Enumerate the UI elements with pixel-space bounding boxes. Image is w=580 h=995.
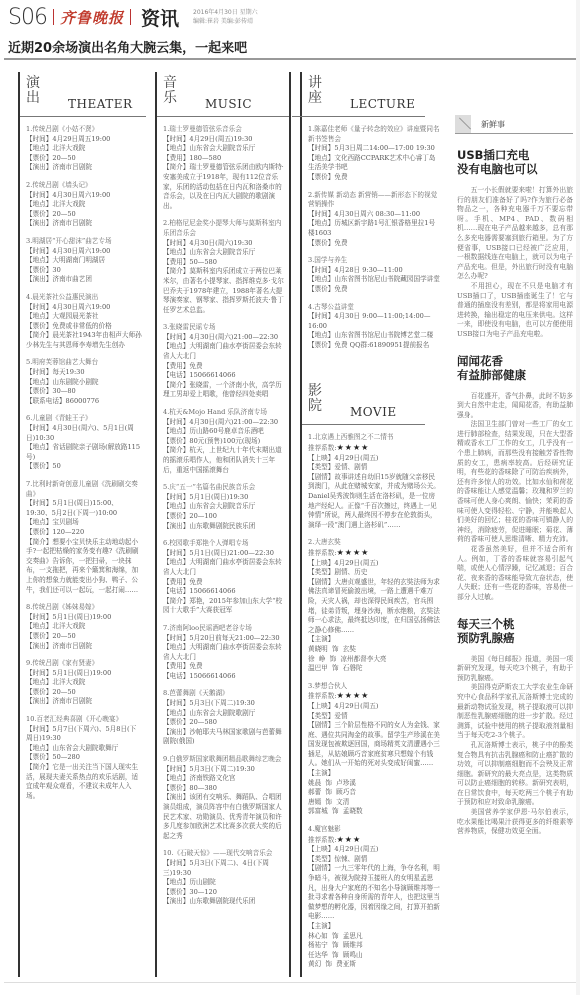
rating-row: 推荐系数:★★★★ <box>308 691 441 702</box>
list-item: 2.柏格尼尼金奖小提琴大师与莫斯科室内乐团音乐会【时间】4月30日(周六)19:… <box>163 219 285 315</box>
list-item: 2.传统吕剧《墙头记》【时间】4月30日周六19:00【地点】北洋大戏院【票价】… <box>26 181 142 229</box>
item-detail: 【地点】山东剧院小剧院 <box>26 378 142 388</box>
item-detail: 【费用】50—580 <box>163 258 285 268</box>
divider <box>130 9 131 25</box>
item-detail: 【时间】4月30日周六 08:30—11:00 <box>308 210 441 220</box>
item-title: 7.比利时新奇创意儿童剧《洗刷刷交奏曲》 <box>26 480 142 499</box>
star-rating-icon: ★★★ <box>337 835 362 844</box>
item-detail: 【剧情】大唐贞观盛世，年轻的玄奘法师为求佛法真谛冒死偷渡出境，一路上遭遇千难万险… <box>308 578 441 636</box>
item-detail: 【地点】大明湖南门曲水亭街居委会东转省人大北门 <box>163 558 285 577</box>
masthead: S06 齐鲁晚报 资讯 2016年4月30日 星期六 编辑:崔岩 美编:彭传靖 <box>8 4 258 30</box>
movie-list: 1.北京遇上西雅图之不二情书推荐系数:★★★★【上映】4月29日(周五)【类型】… <box>300 425 445 969</box>
item-detail: 【票价】30—120 <box>163 888 285 898</box>
article-title-line: USB插口充电 <box>457 148 573 162</box>
item-title: 9.传统吕剧《家有贤妻》 <box>26 659 142 669</box>
article-title-line: 有益肺部健康 <box>457 368 573 382</box>
category-cn: 演出 <box>26 76 42 106</box>
item-title: 2.柏格尼尼金奖小提琴大师与莫斯科室内乐团音乐会 <box>163 219 285 238</box>
rating-label: 推荐系数: <box>308 692 337 700</box>
item-detail: 【时间】5月3日(下周二)19:30 <box>163 765 285 775</box>
item-detail: 【地点】北洋大戏院 <box>26 678 142 688</box>
cast-entry: 温巴甲 饰 石磐陀 <box>308 664 441 674</box>
theater-header: 演出 THEATER <box>18 72 146 117</box>
list-item: 9.白俄罗斯国家歌舞团精品歌舞综艺晚会【时间】5月3日(下周二)19:30【地点… <box>163 755 285 841</box>
sidebar: 新鲜事 USB插口充电没有电脑也可以五一小长假就要来啦！打算外出旅行的朋友们准备… <box>455 112 573 837</box>
item-detail: 【联系电话】86000776 <box>26 397 142 407</box>
category-rule <box>20 116 146 117</box>
item-detail: 【演出】济南市吕剧院 <box>26 697 142 707</box>
item-title: 7.济南阿loo民谣酒吧老谷专场 <box>163 624 285 634</box>
item-detail: 【地点】历山路60号鹿卓音乐酒吧 <box>163 427 285 437</box>
article-paragraph: 法国卫生部门曾对一些工厂的女工进行肺部检查，结果发现，只在大型香精或香水工厂工作… <box>455 420 573 545</box>
list-item: 5.庆“五一”名篇名曲民族音乐会【时间】5月1日(周日)19:30【地点】山东省… <box>163 483 285 531</box>
page-number: S06 <box>8 5 47 30</box>
item-detail: 【地点】山东省会大剧院音乐厅 <box>163 502 285 512</box>
item-detail: 【电话】15066614066 <box>163 371 285 381</box>
item-detail: 【地点】济南铁路文化宫 <box>163 774 285 784</box>
list-item: 9.传统吕剧《家有贤妻》【时间】5月1日(周日)19:00【地点】北洋大戏院【票… <box>26 659 142 707</box>
item-detail: 【主演】 <box>308 635 441 645</box>
category-rule <box>292 116 425 117</box>
item-detail: 【时间】4月29日周五19:00 <box>26 135 142 145</box>
item-detail: 【地点】山东省会大剧院音乐厅 <box>163 144 285 154</box>
item-detail: 【费用】免费 <box>163 362 285 372</box>
item-detail: 【票价】20—580 <box>163 718 285 728</box>
item-detail: 【时间】4月30日周六19:00 <box>26 247 142 257</box>
item-detail: 【地点】山东省图书馆尼山书院藏园国学讲堂 <box>308 275 441 285</box>
item-detail: 【剧情】三个阶层性格不同的女人为金钱、家庭、遇位共同淘金的故事。留学生产珍溪在美… <box>308 721 441 769</box>
item-title: 4.晨光茶社公益惠民演出 <box>26 293 142 303</box>
rating-row: 推荐系数:★★★ <box>308 835 441 846</box>
item-detail: 【地点】大明湖南门曲水亭街居委会东转省人大北门 <box>163 342 285 361</box>
item-title: 4.杭天&Mojo Hand 乐队济南专场 <box>163 408 285 418</box>
cast-entry: 黄晓明 饰 玄奘 <box>308 645 441 655</box>
item-title: 5.明府芙蓉馆曲艺大舞台 <box>26 358 142 368</box>
list-item: 3.张晓雷民谣专场【时间】4月30日(周六)21:00—22:30【地点】大明湖… <box>163 323 285 400</box>
category-en: THEATER <box>68 97 133 111</box>
item-detail: 【演出】济南市吕剧院 <box>26 642 142 652</box>
article-paragraph: 美国营养学家伊恩·马尔伯表示，吃水果能比喝果汁获得更多的纤维素等营养物质，保健功… <box>455 808 573 837</box>
item-detail: 【简介】瑞士罗曼德管弦乐团由欧内斯特·安塞美成立于1918年，现有112位音乐家… <box>163 163 285 211</box>
lecture-movie-column: 讲座 LECTURE 1.陈嘉佳老师《量子转念的效应》讲座暨同名新书签售会【时间… <box>300 72 445 978</box>
article-paragraph: 美国《每日邮报》报道，美国一项新研究发现，每天吃3个桃子，有助于预防乳腺癌。 <box>455 655 573 684</box>
rating-row: 推荐系数:★★★★ <box>308 443 441 454</box>
list-item: 3.明湖居“开心甜沫”曲艺专场【时间】4月30日周六19:00【地点】大明湖南门… <box>26 237 142 285</box>
item-detail: 【简介】张晓雷，一个济南小伙，高学历理工男却爱上唱歌，他曾经四处卖唱 <box>163 381 285 400</box>
music-list: 1.瑞士罗曼德管弦乐音乐会【时间】4月29日(周五)19:30【地点】山东省会大… <box>155 117 291 907</box>
sidebar-article: 每天三个桃预防乳腺癌美国《每日邮报》报道，美国一项新研究发现，每天吃3个桃子，有… <box>455 617 573 837</box>
item-detail: 【票价】80元(预售)100元(现场) <box>163 437 285 447</box>
header-rule <box>4 58 576 60</box>
category-en: LECTURE <box>350 97 415 111</box>
category-en: MUSIC <box>205 97 252 111</box>
item-detail: 【时间】5月1日(周日)15:00、19:30、5月2日(下周一)10:00 <box>26 499 142 518</box>
item-detail: 【票价】50 <box>26 462 142 472</box>
item-title: 1.瑞士罗曼德管弦乐音乐会 <box>163 125 285 135</box>
article-title-line: 没有电脑也可以 <box>457 162 573 176</box>
category-en: MOVIE <box>350 405 397 419</box>
item-detail: 【剧情】故事讲述自幼旧15岁就随父亲移民到澳门，从此在赌城安家，并成为赌场公关。… <box>308 473 441 531</box>
movie-header: 影院 MOVIE <box>300 380 445 425</box>
list-item: 8.芭蕾舞剧《天鹅湖》【时间】5月3日(下周二)19:30【地点】山东省会大剧院… <box>163 689 285 747</box>
item-detail: 【时间】4月28日 9:30—11:00 <box>308 266 441 276</box>
sidebar-article: USB插口充电没有电脑也可以五一小长假就要来啦！打算外出旅行的朋友们准备好了吗?… <box>455 148 573 340</box>
sidebar-articles: USB插口充电没有电脑也可以五一小长假就要来啦！打算外出旅行的朋友们准备好了吗?… <box>455 148 573 837</box>
list-item: 3.梦想合伙人推荐系数:★★★★【上映】4月29日(周五)【类型】爱情【剧情】三… <box>308 682 441 817</box>
article-paragraph: 花香虽然美好，但并不适合所有人。例如，丁香的香味就容易引起气喘，或使人心情浮躁，… <box>455 545 573 603</box>
list-item: 7.比利时新奇创意儿童剧《洗刷刷交奏曲》【时间】5月1日(周日)15:00、19… <box>26 480 142 595</box>
item-detail: 【地点】山东省会大剧院音乐厅 <box>163 248 285 258</box>
article-title-line: 每天三个桃 <box>457 617 573 631</box>
item-title: 5.庆“五一”名篇名曲民族音乐会 <box>163 483 285 493</box>
item-detail: 【票价】20—50 <box>26 210 142 220</box>
item-detail: 【简介】莫斯科室内乐团成立于两位巴莱米尔，由著名小提琴家、指挥维克多·戈尔巴乔夫… <box>163 267 285 315</box>
item-detail: 【地点】山东省图书馆尼山书院博艺堂二楼 <box>308 331 441 341</box>
item-detail: 【演出】山东歌舞剧院民族乐团 <box>163 522 285 532</box>
list-item: 4.杭天&Mojo Hand 乐队济南专场【时间】4月30日(周六)21:00—… <box>163 408 285 475</box>
list-item: 10.百老汇经典喜剧《开心晚宴》【时间】5月7日(下周六)、5月8日(下周日)1… <box>26 715 142 801</box>
article-paragraph: 不用担心，现在不只是电脑才有USB插口了，USB插座诞生了！它与普通的插座没有差… <box>455 282 573 340</box>
item-title: 1.陈嘉佳老师《量子转念的效应》讲座暨同名新书签售会 <box>308 125 441 144</box>
item-detail: 【演出】济南市曲艺团 <box>26 275 142 285</box>
item-title: 10.《石破天惊》——现代交响音乐会 <box>163 849 285 859</box>
item-detail: 【票价】20—50 <box>26 154 142 164</box>
item-detail: 【上映】4月29日(周五) <box>308 845 441 855</box>
item-title: 3.明湖居“开心甜沫”曲艺专场 <box>26 237 142 247</box>
item-detail: 【票价】免费或非常低的价格 <box>26 322 142 332</box>
item-title: 6.校园歌手郑艳个人弹唱专场 <box>163 539 285 549</box>
list-item: 6.校园歌手郑艳个人弹唱专场【时间】5月1日(周日)21:00—22:30【地点… <box>163 539 285 616</box>
lecture-header: 讲座 LECTURE <box>300 72 445 117</box>
rating-label: 推荐系数: <box>308 549 337 557</box>
item-detail: 【地点】大明湖南门曲水亭街居委会东转省人大北门 <box>163 643 285 662</box>
column-rule <box>155 72 157 977</box>
cast-entry: 林心如 饰 孟思凡 <box>308 932 441 942</box>
list-item: 4.晨光茶社公益惠民演出【时间】4月30日周六19:00【地点】大观园晨光茶社【… <box>26 293 142 351</box>
editors: 编辑:崔岩 美编:彭传靖 <box>193 17 258 26</box>
article-paragraph: 百花盛开，香气扑鼻，此时不妨多到大自然中走走，闻闻花香，有助益肺强身。 <box>455 392 573 421</box>
item-detail: 【简介】郑艳，2015年参加山东大学“校园十大歌手”大赛获冠军 <box>163 597 285 616</box>
item-detail: 【上映】4月29日(周五) <box>308 559 441 569</box>
article-title-line: 预防乳腺癌 <box>457 631 573 645</box>
item-detail: 【上映】4月29日(周五) <box>308 702 441 712</box>
rating-label: 推荐系数: <box>308 836 337 844</box>
item-detail: 【时间】5月7日(下周六)、5月8日(下周日)19:30 <box>26 725 142 744</box>
item-detail: 【简介】它是一出关注当下国人现实生活，展现夫妻关系热点的欢乐话剧，适宜成年观众观… <box>26 763 142 801</box>
item-detail: 【费用】免费 <box>163 578 285 588</box>
item-detail: 【时间】4月30日(周六)、5月1日(周日)10:30 <box>26 424 142 443</box>
cast-entry: 杨祐宁 饰 顾维邦 <box>308 941 441 951</box>
item-detail: 【时间】5月3日周二14:00—17:00 19:30 <box>308 144 441 154</box>
item-detail: 【地点】省话剧院亲子剧场(解放路115号) <box>26 443 142 462</box>
item-detail: 【费用】180—580 <box>163 154 285 164</box>
item-detail: 【演出】济南市吕剧院 <box>26 219 142 229</box>
cast-entry: 姚晨 饰 卢珍溪 <box>308 779 441 789</box>
item-detail: 【地点】历城区新宇路1号汇银香格里拉1号楼1603 <box>308 219 441 238</box>
star-rating-icon: ★★★★ <box>337 548 370 557</box>
item-detail: 【票价】免费 <box>308 285 441 295</box>
item-detail: 【简介】杭天，上世纪九十年代末期出道的摇滚乐唱作人，他和团队消失十三年后，重返中… <box>163 446 285 475</box>
item-detail: 【票价】免费 QQ群:61890951提前报名 <box>308 341 441 351</box>
star-rating-icon: ★★★★ <box>337 691 370 700</box>
list-item: 1.传统吕剧《小姑不贤》【时间】4月29日周五19:00【地点】北洋大戏院【票价… <box>26 125 142 173</box>
article-paragraph: 五一小长假就要来啦！打算外出旅行的朋友们准备好了吗?作为旅行必备物品之一，各种充… <box>455 186 573 282</box>
item-detail: 【时间】5月20日前每天21:00—22:30 <box>163 634 285 644</box>
item-detail: 【票价】20—100 <box>163 512 285 522</box>
list-item: 6.儿童剧《青蛙王子》【时间】4月30日(周六)、5月1日(周日)10:30【地… <box>26 414 142 472</box>
item-detail: 【类型】惊悚、剧情 <box>308 855 441 865</box>
item-detail: 【时间】4月30日周六19:00 <box>26 303 142 313</box>
cast-entry: 徐 峥 饰 凉州都督李大亮 <box>308 655 441 665</box>
column-rule <box>289 72 291 977</box>
item-detail: 【主演】 <box>308 769 441 779</box>
item-detail: 【时间】5月1日(周日)19:00 <box>26 669 142 679</box>
list-item: 4.古琴公益讲堂【时间】4月30日 9:00—11:00;14:00—16:00… <box>308 303 441 351</box>
item-detail: 【票价】免费 <box>308 173 441 183</box>
list-item: 4.魔宫魅影推荐系数:★★★【上映】4月29日(周五)【类型】惊悚、剧情【剧情】… <box>308 825 441 970</box>
category-rule <box>302 424 425 425</box>
item-title: 3.国学与养生 <box>308 256 441 266</box>
star-rating-icon: ★★★★ <box>337 443 370 452</box>
item-detail: 【地点】宝贝剧场 <box>26 518 142 528</box>
item-detail: 【地点】大明湖南门明湖居 <box>26 256 142 266</box>
sidebar-tag-label: 新鲜事 <box>481 119 505 133</box>
item-detail: 【时间】4月30日(周六)21:00—22:30 <box>163 418 285 428</box>
item-detail: 【时间】4月30日 9:00—11:00;14:00—16:00 <box>308 312 441 331</box>
item-detail: 【地点】历山剧院 <box>163 878 285 888</box>
item-detail: 【电话】15066614066 <box>163 587 285 597</box>
sidebar-tag: 新鲜事 <box>455 112 573 134</box>
item-detail: 【地点】山东省会大剧院歌舞厅 <box>26 744 142 754</box>
cast-entry: 唐嫣 饰 文清 <box>308 798 441 808</box>
category-cn: 影院 <box>308 384 324 414</box>
item-detail: 【类型】爱情 <box>308 712 441 722</box>
item-title: 4.魔宫魅影 <box>308 825 441 835</box>
theater-list: 1.传统吕剧《小姑不贤》【时间】4月29日周五19:00【地点】北洋大戏院【票价… <box>18 117 146 801</box>
section-title: 资讯 <box>141 4 179 31</box>
item-detail: 【票价】120—220 <box>26 528 142 538</box>
item-detail: 【地点】文化西路CCPARK艺术中心睿丁岛生活美学书吧 <box>308 154 441 173</box>
article-title: 闻闻花香有益肺部健康 <box>455 354 573 382</box>
rating-label: 推荐系数: <box>308 444 337 452</box>
item-detail: 【演出】山东歌舞剧院现代乐团 <box>163 897 285 907</box>
page-headline: 近期20余场演出名角大腕云集，一起来吧 <box>8 37 247 56</box>
article-title: 每天三个桃预防乳腺癌 <box>455 617 573 645</box>
tag-icon <box>455 115 471 133</box>
column-rule <box>300 72 302 977</box>
issue-date: 2016年4月30日 星期六 <box>193 8 258 17</box>
article-title-line: 闻闻花香 <box>457 354 573 368</box>
cast-entry: 郝蕾 饰 顾巧音 <box>308 788 441 798</box>
item-detail: 【时间】5月1日(周日)19:30 <box>163 493 285 503</box>
music-column: 音乐 MUSIC 1.瑞士罗曼德管弦乐音乐会【时间】4月29日(周五)19:30… <box>155 72 291 915</box>
item-title: 6.儿童剧《青蛙王子》 <box>26 414 142 424</box>
item-detail: 【地点】大观园晨光茶社 <box>26 312 142 322</box>
article-paragraph: 孔瓦洛斯博士表示，桃子中的酚类复合物具有抗击乳腺癌和防止癌扩散的功效，可以抑制癌… <box>455 741 573 808</box>
cast-entry: 郭富城 饰 孟晓数 <box>308 807 441 817</box>
list-item: 2.大唐玄奘推荐系数:★★★★【上映】4月29日(周五)【类型】剧情、历史【剧情… <box>308 538 441 673</box>
item-detail: 【时间】每天19:30 <box>26 368 142 378</box>
category-rule <box>157 116 289 117</box>
item-title: 4.古琴公益讲堂 <box>308 303 441 313</box>
item-title: 10.百老汇经典喜剧《开心晚宴》 <box>26 715 142 725</box>
item-detail: 【票价】80—380 <box>163 784 285 794</box>
item-detail: 【时间】5月3日(下周二)19:30 <box>163 699 285 709</box>
item-title: 8.传统吕剧《姊妹易嫁》 <box>26 603 142 613</box>
item-detail: 【演出】该团有交响乐、舞蹈队、合唱团演员组成，演员阵容中有白俄罗斯国家人民艺术家… <box>163 793 285 841</box>
list-item: 1.北京遇上西雅图之不二情书推荐系数:★★★★【上映】4月29日(周五)【类型】… <box>308 433 441 530</box>
item-title: 8.芭蕾舞剧《天鹅湖》 <box>163 689 285 699</box>
item-detail: 【上映】4月29日(周五) <box>308 454 441 464</box>
list-item: 2.新传媒 新动态 新营销——新形态下的视觉营销操作【时间】4月30日周六 08… <box>308 191 441 249</box>
item-title: 1.北京遇上西雅图之不二情书 <box>308 433 441 443</box>
divider <box>53 9 54 25</box>
item-detail: 【地点】山东省会大剧院歌剧厅 <box>163 709 285 719</box>
newspaper-logo: 齐鲁晚报 <box>60 7 124 28</box>
music-header: 音乐 MUSIC <box>155 72 291 117</box>
item-detail: 【票价】免费 <box>308 239 441 249</box>
item-detail: 【类型】剧情、历史 <box>308 568 441 578</box>
item-detail: 【地点】北洋大戏院 <box>26 622 142 632</box>
item-detail: 【时间】4月30日(周六)19:30 <box>163 239 285 249</box>
item-detail: 【简介】想要小宝贝快乐主动地动起小手?一起把枯燥的家务变有趣?《洗刷刷交奏曲》告… <box>26 538 142 596</box>
item-title: 2.传统吕剧《墙头记》 <box>26 181 142 191</box>
item-title: 9.白俄罗斯国家歌舞团精品歌舞综艺晚会 <box>163 755 285 765</box>
cast-entry: 任达华 饰 顾鸣山 <box>308 951 441 961</box>
list-item: 5.明府芙蓉馆曲艺大舞台【时间】每天19:30【地点】山东剧院小剧院【票价】30… <box>26 358 142 406</box>
item-detail: 【票价】20—50 <box>26 632 142 642</box>
item-detail: 【地点】北洋大戏院 <box>26 200 142 210</box>
category-cn: 讲座 <box>308 76 324 106</box>
list-item: 10.《石破天惊》——现代交响音乐会【时间】5月3日(下周二)、4日(下周三)1… <box>163 849 285 907</box>
cast-entry: 黄幻 饰 费亚斯 <box>308 960 441 970</box>
category-cn: 音乐 <box>163 76 179 106</box>
item-detail: 【票价】50—280 <box>26 753 142 763</box>
item-detail: 【时间】5月1日(周日)19:00 <box>26 613 142 623</box>
item-title: 3.梦想合伙人 <box>308 682 441 692</box>
lecture-list: 1.陈嘉佳老师《量子转念的效应》讲座暨同名新书签售会【时间】5月3日周二14:0… <box>300 117 445 350</box>
item-detail: 【票价】30 <box>26 266 142 276</box>
item-detail: 【时间】4月30日周六19:00 <box>26 191 142 201</box>
scrollbar[interactable] <box>576 0 580 995</box>
list-item: 8.传统吕剧《姊妹易嫁》【时间】5月1日(周日)19:00【地点】北洋大戏院【票… <box>26 603 142 651</box>
item-detail: 【费用】免费 <box>163 662 285 672</box>
item-title: 3.张晓雷民谣专场 <box>163 323 285 333</box>
footer-rule <box>4 982 576 983</box>
theater-column: 演出 THEATER 1.传统吕剧《小姑不贤》【时间】4月29日周五19:00【… <box>18 72 146 809</box>
item-detail: 【时间】5月3日(下周二)、4日(下周三)19:30 <box>163 859 285 878</box>
item-detail: 【时间】5月1日(周日)21:00—22:30 <box>163 549 285 559</box>
issue-meta: 2016年4月30日 星期六 编辑:崔岩 美编:彭传靖 <box>193 8 258 26</box>
list-item: 7.济南阿loo民谣酒吧老谷专场【时间】5月20日前每天21:00—22:30【… <box>163 624 285 682</box>
item-detail: 【演出】济南市吕剧院 <box>26 163 142 173</box>
item-detail: 【电话】15066614066 <box>163 672 285 682</box>
sidebar-article: 闻闻花香有益肺部健康百花盛开，香气扑鼻，此时不妨多到大自然中走走，闻闻花香，有助… <box>455 354 573 603</box>
rating-row: 推荐系数:★★★★ <box>308 548 441 559</box>
item-detail: 【时间】4月29日(周五)19:30 <box>163 135 285 145</box>
item-title: 2.新传媒 新动态 新营销——新形态下的视觉营销操作 <box>308 191 441 210</box>
list-item: 1.瑞士罗曼德管弦乐音乐会【时间】4月29日(周五)19:30【地点】山东省会大… <box>163 125 285 211</box>
item-title: 2.大唐玄奘 <box>308 538 441 548</box>
item-detail: 【演出】沙帕耶夫马林国家歌剧与芭蕾舞剧院(俄国) <box>163 728 285 747</box>
article-paragraph: 美国得克萨斯农工大学农业生命研究中心食品科学家孔瓦洛斯博士完成的最新动物试验发现… <box>455 683 573 741</box>
item-title: 1.传统吕剧《小姑不贤》 <box>26 125 142 135</box>
item-detail: 【简介】晨光茶社1943年由相声大师孙少林先生与其恩师李寿增先生创办 <box>26 331 142 350</box>
item-detail: 【剧情】一九三零年代的上海，争夺名利，明争暗斗，被视为院持玉接班人的女明星孟思凡… <box>308 864 441 922</box>
article-title: USB插口充电没有电脑也可以 <box>455 148 573 176</box>
item-detail: 【主演】 <box>308 922 441 932</box>
item-detail: 【类型】爱情、剧情 <box>308 463 441 473</box>
item-detail: 【地点】北洋大戏院 <box>26 144 142 154</box>
item-detail: 【票价】30—80 <box>26 387 142 397</box>
column-rule <box>18 72 20 977</box>
list-item: 3.国学与养生【时间】4月28日 9:30—11:00【地点】山东省图书馆尼山书… <box>308 256 441 294</box>
list-item: 1.陈嘉佳老师《量子转念的效应》讲座暨同名新书签售会【时间】5月3日周二14:0… <box>308 125 441 183</box>
